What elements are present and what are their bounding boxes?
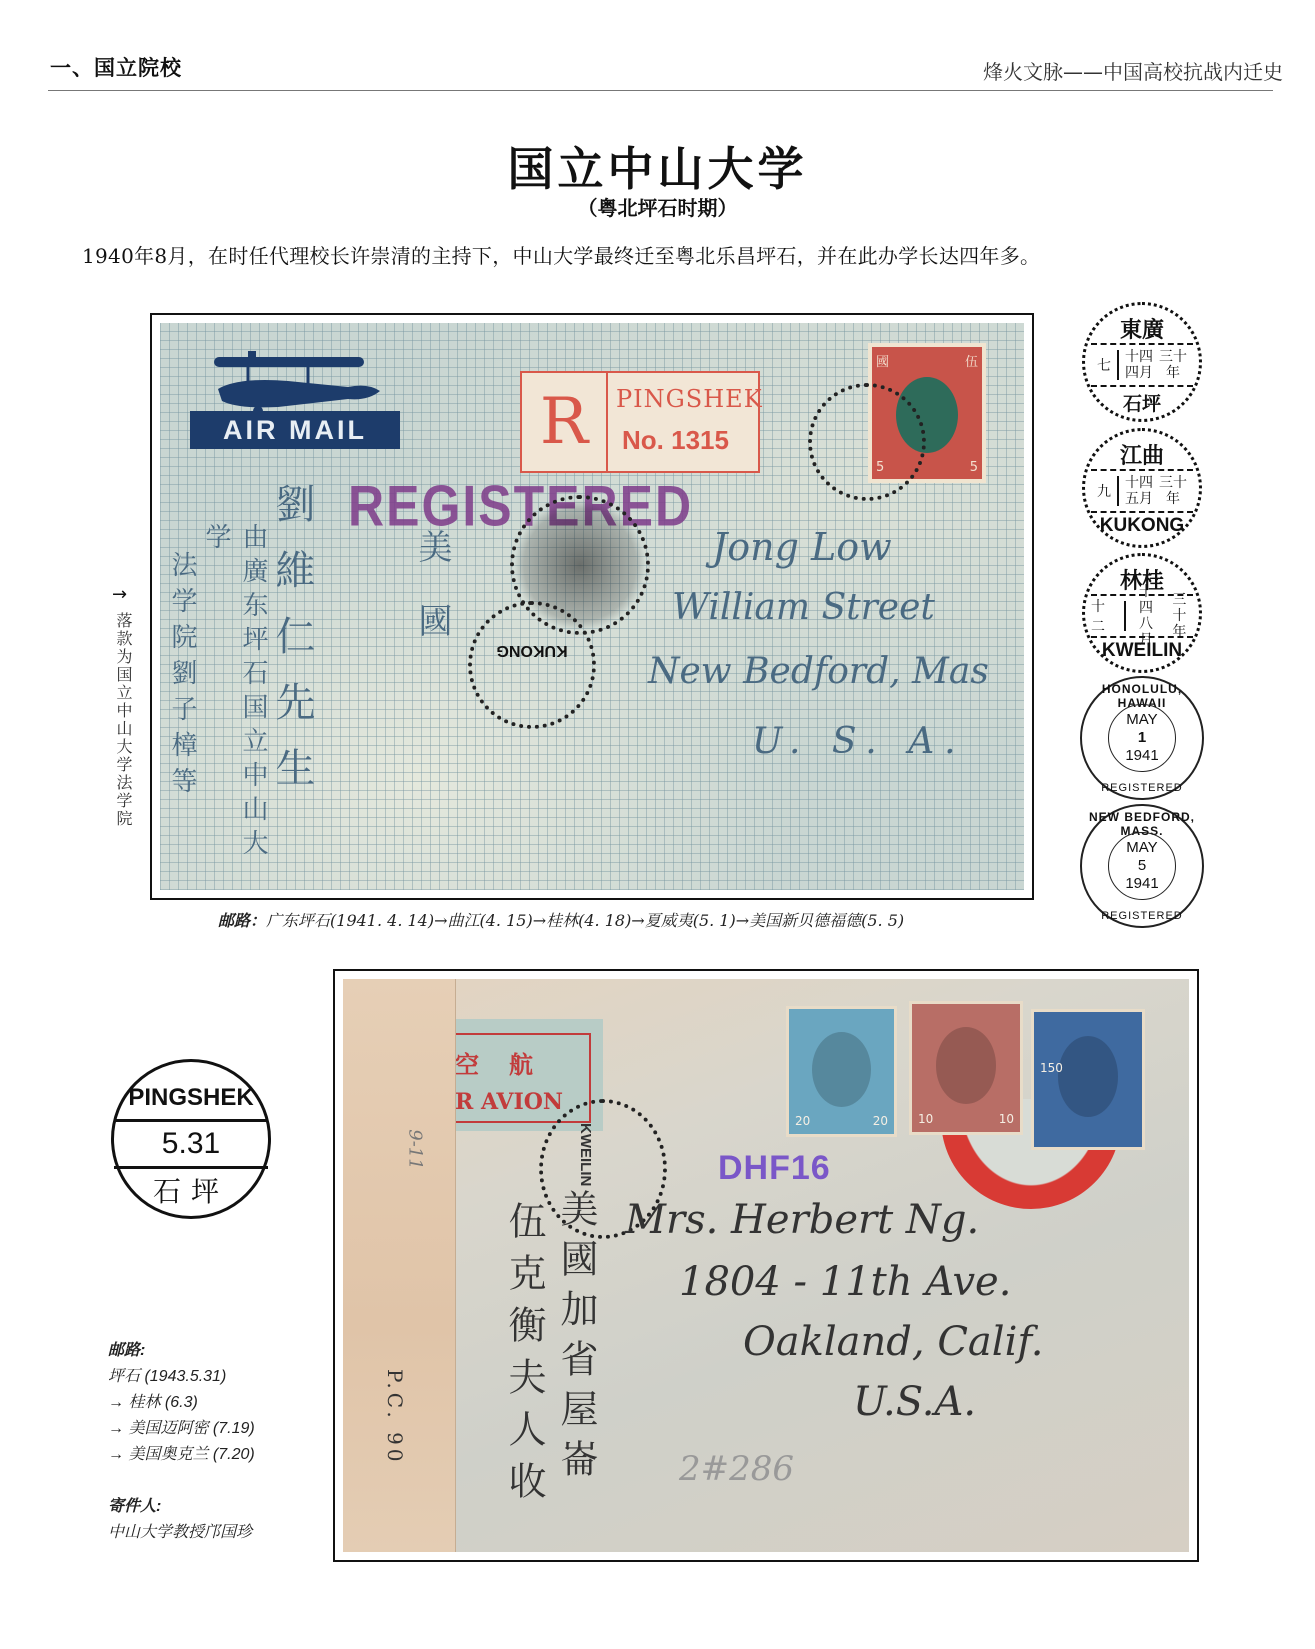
sender-name: 中山大学教授邝国珍: [108, 1520, 255, 1546]
side-note: 落款为国立中山大学法学院: [112, 612, 135, 828]
route-label: 邮路:: [108, 1338, 255, 1364]
postmark-kweilin-drawing: 林桂 十二 十四八月 三十年 KWEILIN: [1082, 553, 1202, 673]
address-line-2: 1804 - 11th Ave.: [679, 1259, 1011, 1305]
recipient-cn-col2: 伍克衡夫人收: [497, 1201, 552, 1513]
envelope-airmail-registered: AIR MAIL R PINGSHEK No. 1315 國 伍 5 5 REG…: [160, 323, 1024, 890]
section-title: 一、国立院校: [50, 52, 182, 82]
stamp-char: 伍: [965, 351, 978, 370]
registration-office: PINGSHEK: [616, 385, 763, 413]
book-title: 烽火文脉——中国高校抗战内迁史: [983, 56, 1283, 85]
route-line: 坪石 (1943.5.31): [108, 1364, 255, 1390]
arrow-right-icon: →: [112, 584, 127, 605]
postmark-pingshek-drawing: 東廣 七 十四四月 三十年 石坪: [1082, 302, 1202, 422]
kweilin-cancel-text: KWEILIN: [577, 1123, 594, 1186]
envelope-par-avion: 空航 R AVION P.C. 90 9-11 2020 1010 150 KW…: [343, 979, 1189, 1552]
postmark-pingshek-1943-drawing: PINGSHEK 5.31 石坪: [111, 1059, 271, 1219]
stamp-value: 5: [970, 460, 978, 475]
postmark-bottom: 石坪: [114, 1170, 268, 1210]
country-cn: 美國: [408, 529, 457, 677]
recipient-name-cn: 劉維仁先生: [264, 483, 321, 813]
airmail-label: AIR MAIL: [190, 411, 400, 449]
address-line-4: U.S.A.: [853, 1379, 976, 1425]
postmark-ring-bottom: REGISTERED: [1082, 782, 1202, 794]
recipient-cn-col1: 美國加省屋崙: [549, 1189, 604, 1489]
censor-tape: [343, 979, 456, 1552]
censor-handstamp: DHF16: [718, 1149, 831, 1188]
address-line-3: New Bedford, Mas: [648, 651, 989, 692]
sender-cn-col2: 法学院劉子樟等: [164, 551, 201, 803]
address-line-3: Oakland, Calif.: [743, 1319, 1043, 1365]
postage-stamp-10: 1010: [909, 1001, 1023, 1135]
pencil-number: 2#286: [679, 1449, 794, 1489]
postmark-bottom: KWEILIN: [1085, 640, 1199, 662]
address-line-2: William Street: [672, 587, 935, 628]
registration-letter: R: [522, 373, 608, 471]
route-text: 广东坪石(1941. 4. 14)→曲江(4. 15)→桂林(4. 18)→夏威…: [266, 911, 904, 930]
cover-image-1941: AIR MAIL R PINGSHEK No. 1315 國 伍 5 5 REG…: [150, 313, 1034, 900]
postmark-date: 七 十四四月 三十年: [1091, 343, 1193, 387]
pencil-note: 9-11: [405, 1129, 426, 1169]
header-divider: [48, 90, 1273, 91]
postage-stamp-20: 2020: [786, 1006, 897, 1137]
pingshek-cancel: [808, 383, 926, 501]
postmark-new-bedford: NEW BEDFORD, MASS. MAY51941 REGISTERED: [1080, 804, 1204, 928]
route-caption-2: 邮路: 坪石 (1943.5.31) → 桂林 (6.3) → 美国迈阿密 (7…: [108, 1338, 255, 1546]
postage-stamp-150: 150: [1031, 1009, 1145, 1150]
postmark-bottom: KUKONG: [1085, 515, 1199, 537]
censor-tape-text: P.C. 90: [383, 1369, 407, 1466]
route-line: → 桂林 (6.3): [108, 1390, 255, 1416]
registration-label: R PINGSHEK No. 1315: [520, 371, 760, 473]
page-subtitle: （粤北坪石时期）: [0, 192, 1315, 221]
postmark-date: 九 十四五月 三十年: [1091, 469, 1193, 513]
route-label: 邮路：: [218, 911, 266, 930]
postmark-date: 十二 十四八月 三十年: [1091, 594, 1193, 638]
sender-label: 寄件人:: [108, 1494, 255, 1520]
intro-paragraph: 1940年8月，在时任代理校长许崇清的主持下，中山大学最终迁至粤北乐昌坪石，并在…: [82, 240, 1040, 269]
postmark-honolulu: HONOLULU, HAWAII MAY11941 REGISTERED: [1080, 676, 1204, 800]
postmark-kukong-drawing: 江曲 九 十四五月 三十年 KUKONG: [1082, 428, 1202, 548]
postmark-ring-bottom: REGISTERED: [1082, 910, 1202, 922]
page-title: 国立中山大学: [0, 133, 1315, 199]
postmark-bottom: 石坪: [1085, 389, 1199, 416]
par-avion-cn: 空航: [455, 1045, 563, 1080]
sender-cn-col1: 由廣东坪石国立中山大学: [198, 523, 272, 890]
address-line-4: U. S. A.: [752, 721, 966, 762]
kukong-cancel: KUKONG: [468, 601, 596, 729]
address-line-1: Mrs. Herbert Ng.: [625, 1197, 979, 1243]
cover-image-1943: 空航 R AVION P.C. 90 9-11 2020 1010 150 KW…: [333, 969, 1199, 1562]
postmark-date: 5.31: [114, 1119, 268, 1169]
address-line-1: Jong Low: [712, 525, 892, 569]
postmark-top: 東廣: [1085, 313, 1199, 344]
stamp-char: 國: [876, 351, 889, 370]
route-line: → 美国迈阿密 (7.19): [108, 1416, 255, 1442]
par-avion-fr: R AVION: [455, 1089, 563, 1115]
registration-number: No. 1315: [622, 425, 729, 456]
postmark-top: PINGSHEK: [114, 1084, 268, 1112]
kukong-cancel-text: KUKONG: [472, 641, 592, 659]
route-caption-1: 邮路：广东坪石(1941. 4. 14)→曲江(4. 15)→桂林(4. 18)…: [218, 908, 904, 931]
postmark-date: MAY11941: [1108, 704, 1176, 772]
route-line: → 美国奥克兰 (7.20): [108, 1442, 255, 1468]
postmark-date: MAY51941: [1108, 832, 1176, 900]
postmark-top: 江曲: [1085, 439, 1199, 470]
